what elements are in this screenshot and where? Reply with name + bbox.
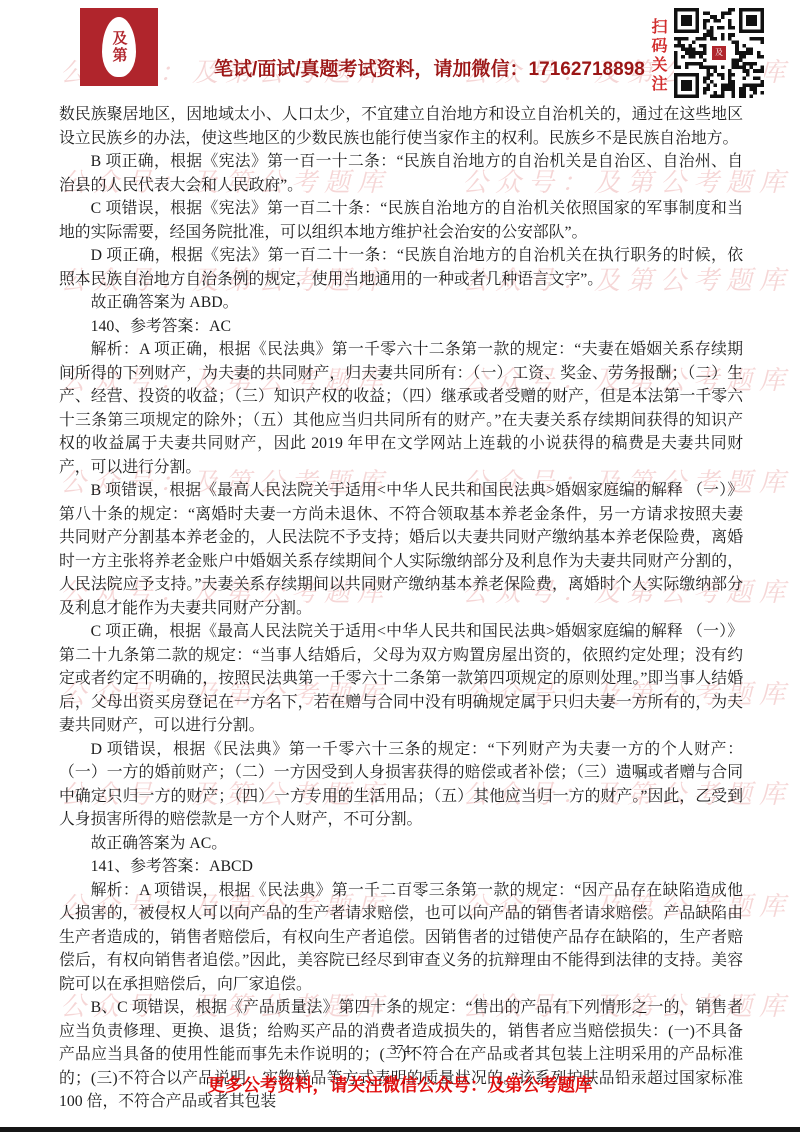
logo-text: 及第 xyxy=(109,30,130,64)
page-number: 374 xyxy=(0,1042,800,1058)
header-contact-banner: 笔试/面试/真题考试资料，请加微信：17162718898 xyxy=(214,54,614,81)
qr-center-logo: 及 xyxy=(710,44,728,62)
paragraph: 解析：A 项错误，根据《民法典》第一千二百零三条第一款的规定：“因产品存在缺陷造… xyxy=(59,879,743,997)
paragraph: 数民族聚居地区，因地域太小、人口太少，不宜建立自治地方和设立自治机关的，通过在这… xyxy=(59,103,743,150)
paragraph: B 项正确，根据《宪法》第一百一十二条：“民族自治地方的自治机关是自治区、自治州… xyxy=(59,150,743,197)
paragraph: 解析：A 项正确，根据《民法典》第一千零六十二条第一款的规定：“夫妻在婚姻关系存… xyxy=(59,338,743,479)
footer-promo: 更多公考资料，请关注微信公众号：及第公考题库 xyxy=(0,1072,800,1097)
paragraph: 140、参考答案：AC xyxy=(59,315,743,339)
brand-logo: 及第 xyxy=(80,8,158,86)
paragraph: C 项正确，根据《最高人民法院关于适用<中华人民共和国民法典>婚姻家庭编的解释 … xyxy=(59,620,743,738)
bottom-edge-bar xyxy=(0,1127,800,1132)
document-page: 公众号：及第公考题库公众号：及第公考题库公众号：及第公考题库公众号：及第公考题库… xyxy=(0,0,800,1132)
paragraph: 141、参考答案：ABCD xyxy=(59,855,743,879)
paragraph: C 项错误，根据《宪法》第一百二十条：“民族自治地方的自治机关依照国家的军事制度… xyxy=(59,197,743,244)
paragraph: D 项错误，根据《民法典》第一千零六十三条的规定：“下列财产为夫妻一方的个人财产… xyxy=(59,738,743,832)
qr-caption: 扫码关注 xyxy=(646,18,669,98)
answer-explanations: 数民族聚居地区，因地域太小、人口太少，不宜建立自治地方和设立自治机关的，通过在这… xyxy=(59,103,743,1114)
paragraph: B 项错误，根据《最高人民法院关于适用<中华人民共和国民法典>婚姻家庭编的解释 … xyxy=(59,479,743,620)
paragraph: 故正确答案为 AC。 xyxy=(59,832,743,856)
paragraph: D 项正确，根据《宪法》第一百二十一条：“民族自治地方的自治机关在执行职务的时候… xyxy=(59,244,743,291)
paragraph: 故正确答案为 ABD。 xyxy=(59,291,743,315)
seal-icon: 及第 xyxy=(102,17,136,77)
qr-code: 及 xyxy=(674,8,764,98)
